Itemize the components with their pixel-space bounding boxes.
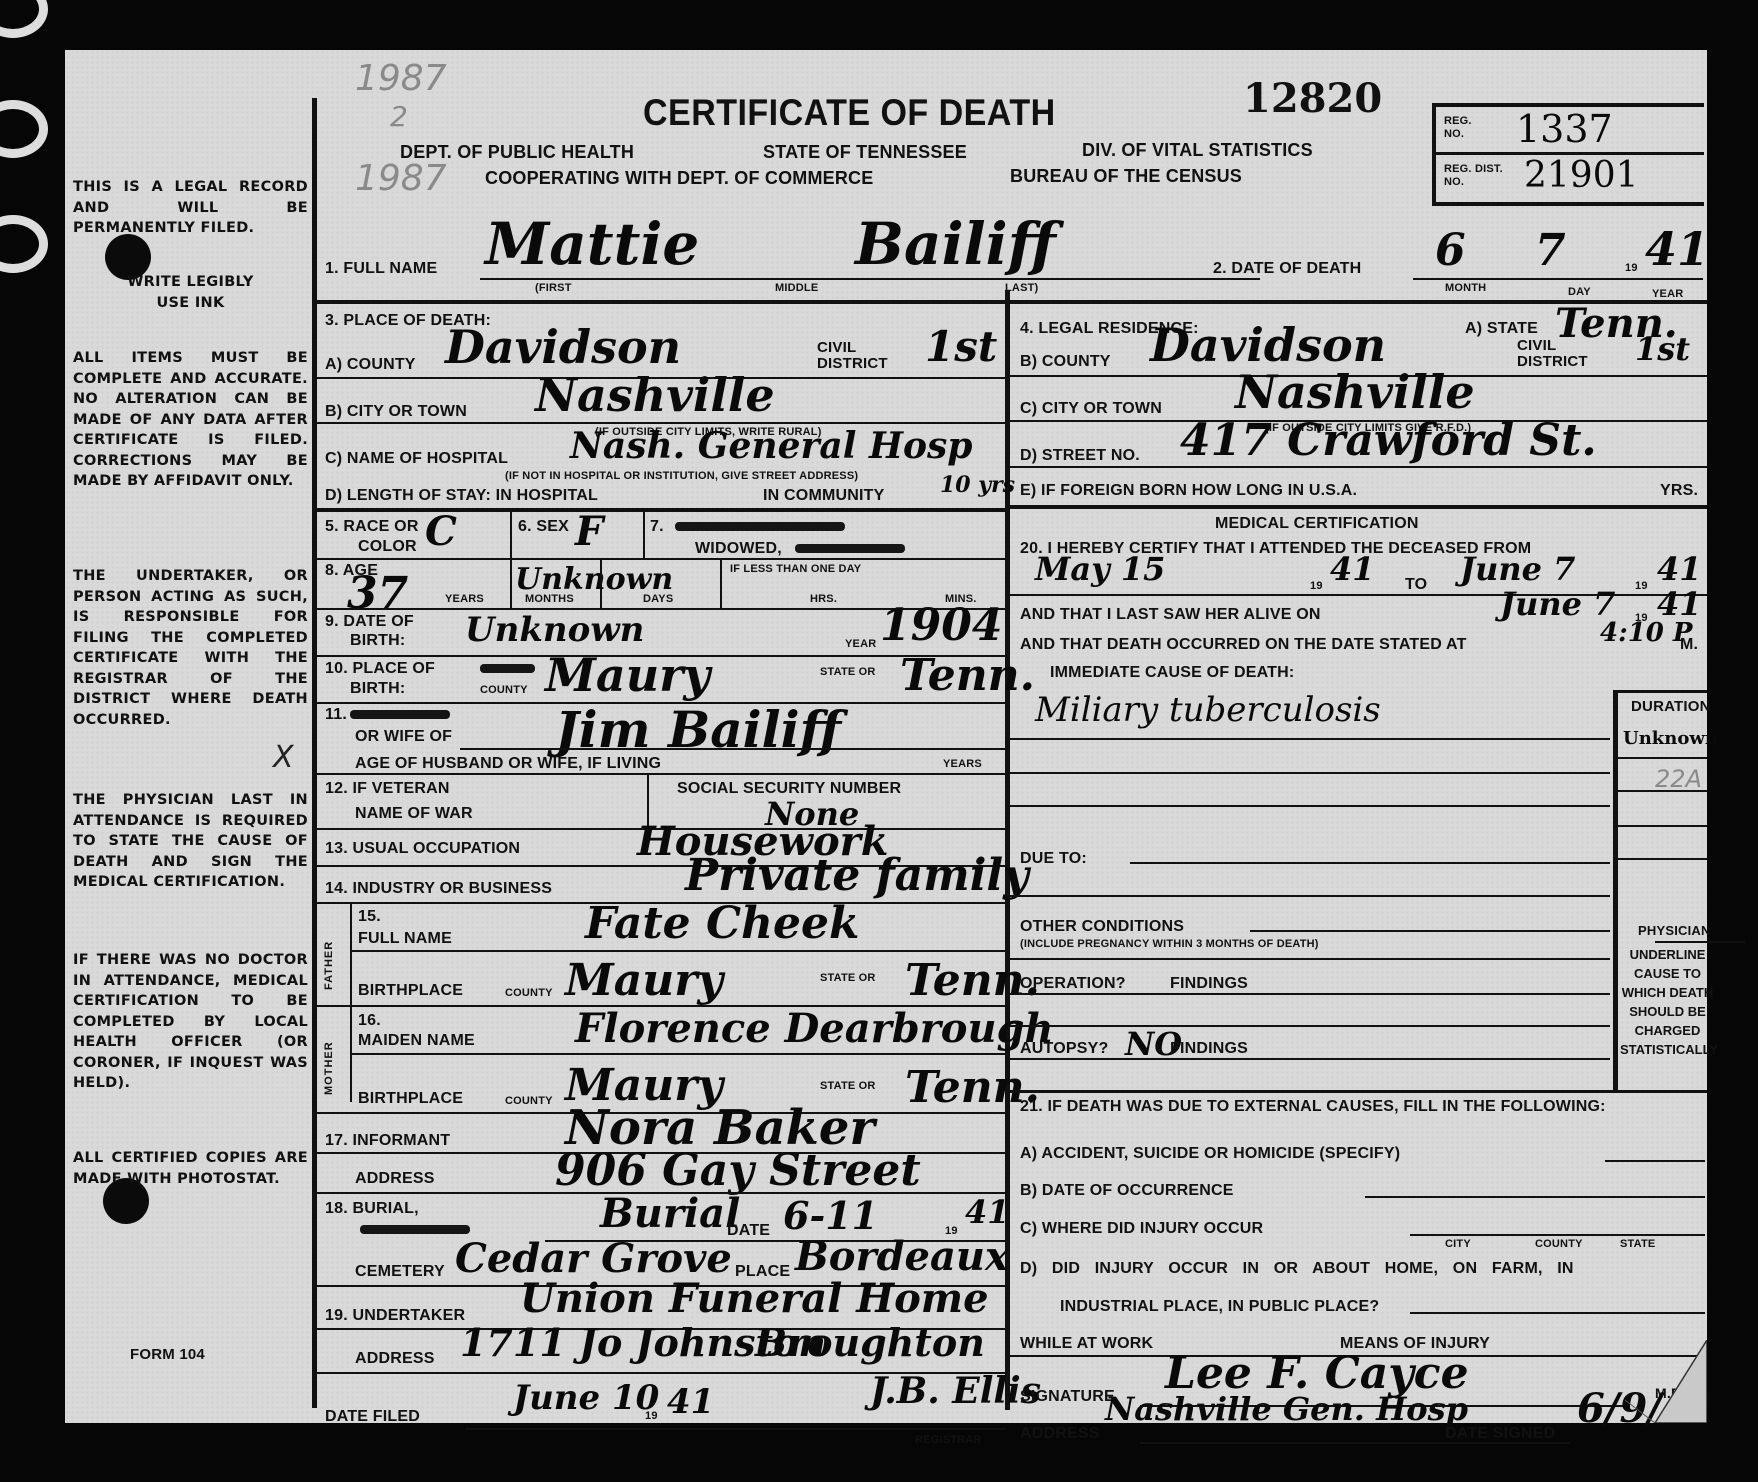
death-county-value: Davidson: [445, 320, 681, 374]
redacted-label: [350, 710, 450, 719]
reg-no-value: 1337: [1516, 107, 1613, 151]
header-dept: DEPT. OF PUBLIC HEALTH: [400, 142, 634, 163]
attended-to-year-value: 41: [1657, 550, 1702, 588]
page-title: CERTIFICATE OF DEATH: [643, 92, 1056, 134]
ext-a-label: A) ACCIDENT, SUICIDE OR HOMICIDE (SPECIF…: [1020, 1145, 1400, 1163]
death-civil-district-value: 1st: [925, 322, 997, 371]
industry-value: Private family: [685, 850, 1029, 901]
dob-year-caption: YEAR: [845, 638, 876, 650]
birth-state-value: Tenn.: [900, 650, 1035, 701]
ext-d-label: D) DID INJURY OCCUR IN OR ABOUT HOME, ON…: [1020, 1260, 1574, 1278]
first-caption: (FIRST: [535, 282, 572, 294]
father-county-value: Maury: [565, 955, 723, 1006]
medical-cert-title: MEDICAL CERTIFICATION: [1215, 515, 1419, 533]
undertaker-address-label: ADDRESS: [355, 1350, 435, 1368]
spouse-years-caption: YEARS: [943, 758, 982, 770]
immediate-cause-value: Miliary tuberculosis: [1035, 690, 1381, 730]
external-causes-label: 21. IF DEATH WAS DUE TO EXTERNAL CAUSES,…: [1020, 1098, 1606, 1116]
duration-label: DURATION: [1631, 698, 1711, 715]
header-bureau: BUREAU OF THE CENSUS: [1010, 166, 1242, 187]
form-number: FORM 104: [130, 1346, 205, 1363]
divider: [317, 508, 1007, 512]
cemetery-label: CEMETERY: [355, 1263, 445, 1281]
informant-label: 17. INFORMANT: [325, 1132, 450, 1150]
spouse-label-num: 11.: [325, 706, 347, 724]
while-at-work-label: WHILE AT WORK: [1020, 1335, 1153, 1353]
length-of-stay-label: D) LENGTH OF STAY: IN HOSPITAL: [325, 487, 598, 505]
birth-county-value: Maury: [545, 648, 710, 702]
day-caption: DAY: [1568, 286, 1591, 298]
pencil-note: 2: [390, 100, 408, 133]
registrar-signature: J.B. Ellis: [870, 1370, 1041, 1412]
city-caption: CITY: [1445, 1238, 1471, 1250]
years-caption: YEARS: [445, 593, 484, 605]
autopsy-label: AUTOPSY?: [1020, 1040, 1108, 1058]
burial-date-label: DATE: [727, 1222, 770, 1240]
divider: [1010, 1090, 1707, 1093]
signature-label: SIGNATURE: [1020, 1388, 1115, 1406]
pob-birth-label: BIRTH:: [350, 680, 405, 698]
margin-mark: X: [273, 740, 294, 775]
informant-address-label: ADDRESS: [355, 1170, 435, 1188]
film-sprocket: [0, 100, 48, 158]
death-city-value: Nashville: [535, 368, 775, 422]
street-label: D) STREET NO.: [1020, 447, 1140, 465]
state-label: A) STATE: [1465, 320, 1538, 338]
notice-use-ink: USE INK: [73, 293, 308, 314]
residence-civil-district-value: 1st: [1635, 330, 1690, 368]
date-filed-label: DATE FILED: [325, 1408, 420, 1426]
city-label: B) CITY OR TOWN: [325, 403, 467, 421]
duration-value: Unknown: [1623, 728, 1718, 749]
reg-dist-label: REG. DIST. NO.: [1444, 163, 1504, 189]
operation-label: OPERATION?: [1020, 975, 1126, 993]
sex-label: 6. SEX: [518, 518, 569, 536]
mother-name-value: Florence Dearbrough: [575, 1005, 1054, 1052]
county-col-caption: COUNTY: [1535, 1238, 1583, 1250]
header-state: STATE OF TENNESSEE: [763, 142, 967, 163]
burial-label: 18. BURIAL,: [325, 1200, 419, 1218]
reg-dist-value: 21901: [1524, 155, 1639, 196]
notice-write-legibly: WRITE LEGIBLY: [73, 272, 308, 293]
dob-birth-label: BIRTH:: [350, 632, 405, 650]
time-of-death-value: 4:10 P: [1600, 618, 1692, 648]
death-year-value: 41: [1645, 222, 1709, 276]
pencil-note: 1987: [355, 58, 447, 99]
date-filed-value: June 10: [513, 1378, 659, 1418]
reg-no-label: REG. NO.: [1444, 115, 1489, 141]
year-caption: YEAR: [1652, 288, 1683, 300]
death-certificate: THIS IS A LEGAL RECORD AND WILL BE PERMA…: [65, 50, 1707, 1423]
maiden-name-label: MAIDEN NAME: [358, 1032, 475, 1050]
notice-no-doctor: IF THERE WAS NO DOCTOR IN ATTENDANCE, ME…: [73, 950, 308, 1094]
ext-c-label: C) WHERE DID INJURY OCCUR: [1020, 1220, 1263, 1238]
attended-from-year-value: 41: [1330, 550, 1375, 588]
less-than-day-label: IF LESS THAN ONE DAY: [730, 563, 861, 575]
res-city-label: C) CITY OR TOWN: [1020, 400, 1162, 418]
county-caption: COUNTY: [480, 684, 528, 696]
undertaker-by-value: Broughton: [755, 1320, 985, 1365]
foreign-born-label: E) IF FOREIGN BORN HOW LONG IN U.S.A.: [1020, 482, 1357, 500]
folded-corner: [1625, 1340, 1707, 1423]
res-county-label: B) COUNTY: [1020, 353, 1111, 371]
film-sprocket: [0, 215, 48, 273]
year-prefix: 19: [1635, 580, 1648, 592]
father-num-label: 15.: [358, 908, 381, 926]
dob-year-value: 1904: [880, 600, 1002, 651]
pencil-note: 1987: [355, 158, 447, 199]
date-of-death-label: 2. DATE OF DEATH: [1213, 260, 1361, 278]
months-caption: MONTHS: [525, 593, 574, 605]
state-or-caption: STATE OR: [820, 1080, 876, 1092]
veteran-label: 12. IF VETERAN: [325, 780, 450, 798]
month-caption: MONTH: [1445, 282, 1486, 294]
form-left-rule: [312, 98, 317, 1408]
res-civil-district-label: CIVILDISTRICT: [1517, 338, 1588, 370]
immediate-cause-label: IMMEDIATE CAUSE OF DEATH:: [1050, 664, 1294, 682]
registration-box: REG. NO. 1337 REG. DIST. NO. 21901: [1432, 103, 1704, 206]
film-sprocket: [0, 0, 48, 38]
hospital-value: Nash. General Hosp: [570, 425, 972, 467]
include-pregnancy-note: (INCLUDE PREGNANCY WITHIN 3 MONTHS OF DE…: [1020, 938, 1319, 950]
year-prefix: 19: [645, 1410, 658, 1422]
in-community-label: IN COMMUNITY: [763, 487, 885, 505]
residence-street-value: 417 Crawford St.: [1180, 415, 1597, 466]
pob-label: 10. PLACE OF: [325, 660, 435, 678]
age-spouse-label: AGE OF HUSBAND OR WIFE, IF LIVING: [355, 755, 661, 773]
header-division: DIV. OF VITAL STATISTICS: [1082, 140, 1313, 161]
county-caption: COUNTY: [505, 1095, 553, 1107]
last-caption: LAST): [1005, 282, 1038, 294]
father-section-label: FATHER: [323, 920, 335, 990]
name-of-war-label: NAME OF WAR: [355, 805, 473, 823]
marital-status-label: 7.: [650, 518, 664, 536]
burial-year-value: 41: [965, 1193, 1010, 1231]
stay-community-value: 10 yrs: [940, 472, 1015, 498]
death-occurred-label: AND THAT DEATH OCCURRED ON THE DATE STAT…: [1020, 636, 1467, 654]
ext-b-label: B) DATE OF OCCURRENCE: [1020, 1182, 1234, 1200]
registrar-caption: REGISTRAR: [915, 1434, 982, 1446]
redacted-label: [675, 522, 845, 531]
age-years-value: 37: [347, 568, 408, 619]
notice-undertaker: THE UNDERTAKER, OR PERSON ACTING AS SUCH…: [73, 566, 308, 730]
notice-photostat: ALL CERTIFIED COPIES ARE MADE WITH PHOTO…: [73, 1148, 308, 1189]
attended-to-value: June 7: [1460, 550, 1575, 588]
m-label: M.: [1680, 636, 1698, 654]
state-col-caption: STATE: [1620, 1238, 1655, 1250]
state-or-caption: STATE OR: [820, 666, 876, 678]
undertaker-value: Union Funeral Home: [520, 1275, 989, 1322]
full-name-label: 1. FULL NAME: [325, 260, 437, 278]
informant-address-value: 906 Gay Street: [555, 1145, 921, 1196]
not-in-hospital-note: (IF NOT IN HOSPITAL OR INSTITUTION, GIVE…: [505, 470, 858, 482]
certificate-number: 12820: [1243, 75, 1382, 122]
redacted-label: [360, 1225, 470, 1234]
duration-column-rule: [1613, 690, 1618, 1090]
redacted-label: [795, 544, 905, 553]
race-value: C: [425, 508, 457, 555]
last-saw-label: AND THAT I LAST SAW HER ALIVE ON: [1020, 606, 1321, 624]
wife-of-label: OR WIFE OF: [355, 728, 452, 746]
death-day-value: 7: [1535, 225, 1566, 276]
sex-value: F: [575, 508, 603, 555]
first-name-value: Mattie: [485, 210, 699, 278]
divider: [1010, 505, 1707, 509]
race-label: 5. RACE OR: [325, 518, 419, 536]
mother-num-label: 16.: [358, 1012, 381, 1030]
father-name-label: FULL NAME: [358, 930, 452, 948]
father-birthplace-label: BIRTHPLACE: [358, 982, 463, 1000]
state-or-caption: STATE OR: [820, 972, 876, 984]
year-prefix: 19: [1310, 580, 1323, 592]
redacted-label: [480, 664, 535, 673]
physician-note: UNDERLINE CAUSE TO WHICH DEATH SHOULD BE…: [1620, 945, 1715, 1059]
spouse-value: Jim Bailiff: [555, 700, 841, 759]
header-cooperating: COOPERATING WITH DEPT. OF COMMERCE: [485, 168, 873, 189]
other-conditions-label: OTHER CONDITIONS: [1020, 918, 1184, 936]
dob-label: 9. DATE OF: [325, 613, 414, 631]
civil-district-label: CIVILDISTRICT: [817, 340, 888, 372]
occupation-label: 13. USUAL OCCUPATION: [325, 840, 520, 858]
year-prefix: 19: [1625, 262, 1638, 274]
pencil-duration-note: 22A: [1655, 765, 1702, 793]
age-months-value: Unknown: [515, 562, 673, 597]
last-saw-value: June 7: [1500, 585, 1615, 623]
divider: [317, 300, 1707, 304]
yrs-label: YRS.: [1660, 482, 1698, 500]
operation-findings-label: FINDINGS: [1170, 975, 1248, 993]
mother-birthplace-label: BIRTHPLACE: [358, 1090, 463, 1108]
ext-d2-label: INDUSTRIAL PLACE, IN PUBLIC PLACE?: [1060, 1298, 1379, 1316]
autopsy-findings-label: FINDINGS: [1170, 1040, 1248, 1058]
county-caption: COUNTY: [505, 987, 553, 999]
date-filed-year-value: 41: [667, 1382, 714, 1422]
color-label: COLOR: [358, 538, 417, 556]
mother-section-label: MOTHER: [323, 1025, 335, 1095]
county-label: A) COUNTY: [325, 356, 416, 374]
physician-address-value: Nashville Gen. Hosp: [1105, 1390, 1468, 1428]
burial-place-value: Bordeaux: [795, 1233, 1009, 1280]
to-label: TO: [1405, 576, 1427, 594]
notice-legal-record: THIS IS A LEGAL RECORD AND WILL BE PERMA…: [73, 177, 308, 239]
physician-address-label: ADDRESS: [1020, 1425, 1100, 1443]
residence-city-value: Nashville: [1235, 365, 1475, 419]
residence-county-value: Davidson: [1150, 318, 1386, 372]
due-to-label: DUE TO:: [1020, 850, 1087, 868]
last-name-value: Bailiff: [855, 210, 1056, 278]
hrs-caption: HRS.: [810, 593, 837, 605]
industry-label: 14. INDUSTRY OR BUSINESS: [325, 880, 552, 898]
death-month-value: 6: [1435, 225, 1466, 276]
dob-month-value: Unknown: [465, 610, 644, 650]
burial-value: Burial: [600, 1190, 740, 1237]
widowed-label: WIDOWED,: [695, 540, 782, 558]
physician-note-title: PHYSICIAN: [1638, 923, 1711, 938]
notice-physician: THE PHYSICIAN LAST IN ATTENDANCE IS REQU…: [73, 790, 308, 893]
middle-caption: MIDDLE: [775, 282, 818, 294]
attended-from-value: May 15: [1035, 550, 1165, 588]
date-signed-label: DATE SIGNED: [1445, 1425, 1555, 1443]
hospital-label: C) NAME OF HOSPITAL: [325, 450, 508, 468]
burial-date-value: 6-11: [783, 1193, 878, 1238]
days-caption: DAYS: [643, 593, 673, 605]
notice-complete: ALL ITEMS MUST BE COMPLETE AND ACCURATE.…: [73, 348, 308, 492]
undertaker-label: 19. UNDERTAKER: [325, 1307, 465, 1325]
father-name-value: Fate Cheek: [585, 898, 859, 949]
